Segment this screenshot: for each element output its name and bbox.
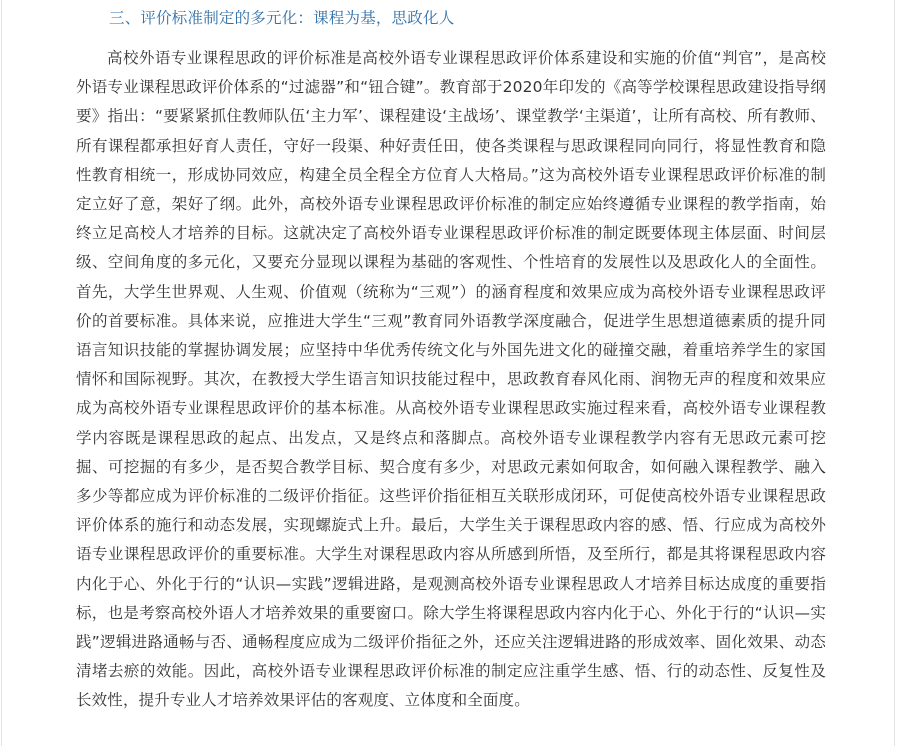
section-heading: 三、评价标准制定的多元化：课程为基，思政化人	[76, 4, 826, 32]
page-frame: 三、评价标准制定的多元化：课程为基，思政化人 高校外语专业课程思政的评价标准是高…	[1, 0, 895, 746]
article-body: 三、评价标准制定的多元化：课程为基，思政化人 高校外语专业课程思政的评价标准是高…	[76, 4, 826, 716]
article-paragraph: 高校外语专业课程思政的评价标准是高校外语专业课程思政评价体系建设和实施的价值“判…	[76, 44, 826, 716]
